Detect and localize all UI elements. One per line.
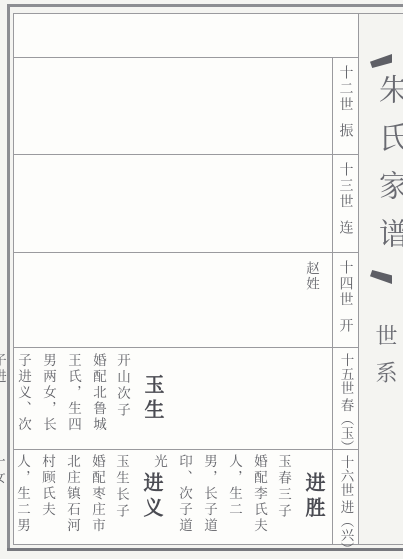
table-row-generation-16: 进胜 玉春三子 婚配李氏夫人，生二男，长子道印、次子道光 进义 玉生长子 婚配枣… [14,450,358,544]
generation-person: 春（玉） [338,398,354,454]
surname-note: 赵姓 [301,261,321,292]
generation-number: 十四世 [338,260,354,308]
corner-bracket-icon [370,270,392,284]
generation-label: 十五世春（玉） [336,348,356,449]
genealogy-table: 十二世振 十三世连 赵姓 十四世开 玉生 开山次子 婚配北鲁城王氏，生四男两女，… [13,14,359,544]
row-content-cell [14,155,332,252]
person-name: 玉生 [133,353,166,445]
person-name: 进义 [132,454,165,540]
generation-label: 十三世连 [336,155,356,252]
row-content-cell: 进胜 玉春三子 婚配李氏夫人，生二男，长子道印、次子道光 进义 玉生长子 婚配枣… [14,450,332,544]
generation-cell: 十五世春（玉） [332,348,358,449]
table-row-generation-12: 十二世振 [14,58,358,155]
generation-label: 十四世开 [336,253,356,347]
generation-label: 十二世振 [336,58,356,154]
generation-number: 十六世 [338,455,354,497]
generation-cell: 十二世振 [332,58,358,154]
person-relation: 开山次子 [110,353,133,445]
generation-label: 十六世进（兴） [336,450,356,544]
row-content-cell: 玉生 开山次子 婚配北鲁城王氏，生四男两女，长子进义、次子进 [14,348,332,449]
book-title: 朱氏家谱 [368,74,403,266]
table-row-generation-15: 玉生 开山次子 婚配北鲁城王氏，生四男两女，长子进义、次子进 十五世春（玉） [14,348,358,450]
section-label: 世系 [369,324,400,398]
person-details: 婚配枣庄市北庄镇石河村顾氏夫人，生二男一女 [0,454,109,540]
row-content-cell: 赵姓 [14,253,332,347]
generation-number: 十五世 [338,353,354,395]
page-margin-strip: 朱氏家谱 世系 [359,14,403,544]
generation-person: 振 [338,123,354,139]
person-record: 玉生 开山次子 婚配北鲁城王氏，生四男两女，长子进义、次子进 [0,353,166,445]
table-row-generation-13: 十三世连 [14,155,358,253]
person-relation: 玉生长子 [109,454,132,540]
person-name: 进胜 [294,454,327,540]
generation-person: 进（兴） [338,500,354,556]
generation-person: 连 [338,220,354,236]
header-empty-cell [14,14,358,57]
generation-number: 十二世 [338,65,354,113]
generation-number: 十三世 [338,162,354,210]
generation-person: 开 [338,318,354,334]
spacer [345,113,346,123]
row-content-cell [14,58,332,154]
table-header-row [14,14,358,58]
person-record: 进胜 玉春三子 婚配李氏夫人，生二男，长子道印、次子道光 [146,454,327,540]
person-record: 进义 玉生长子 婚配枣庄市北庄镇石河村顾氏夫人，生二男一女 [0,454,165,540]
corner-bracket-icon [370,54,392,68]
generation-cell: 十三世连 [332,155,358,252]
page-border-top [7,4,403,7]
spacer [345,210,346,220]
table-row-generation-14: 赵姓 十四世开 [14,253,358,348]
generation-cell: 十六世进（兴） [332,450,358,544]
generation-cell: 十四世开 [332,253,358,347]
spacer [345,308,346,318]
person-details: 婚配北鲁城王氏，生四男两女，长子进义、次子进 [0,353,110,445]
person-relation: 玉春三子 [271,454,294,540]
